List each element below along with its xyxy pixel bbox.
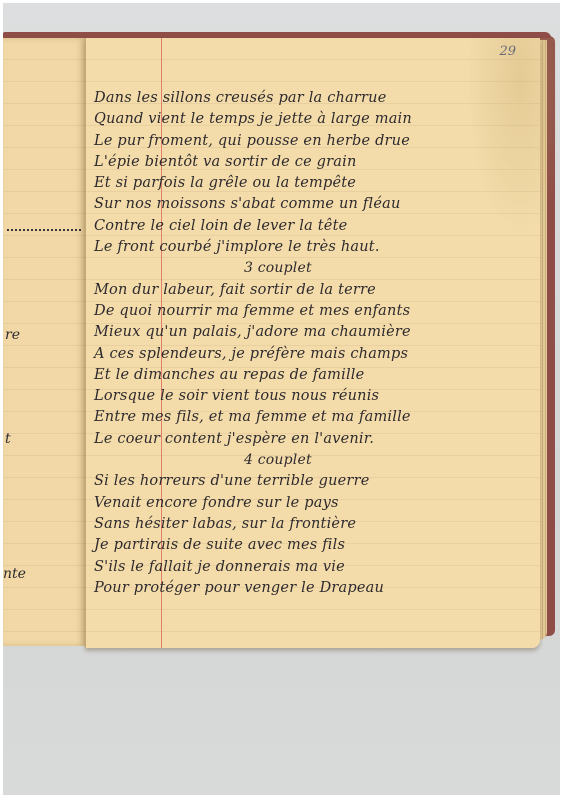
poem-text: Dans les sillons creusés par la charrue … — [94, 88, 534, 599]
dotted-rule — [7, 229, 81, 233]
poem-line: Le pur froment, qui pousse en herbe drue — [94, 131, 534, 152]
poem-line: L'épie bientôt va sortir de ce grain — [94, 152, 534, 173]
left-page-fragment: t — [5, 431, 11, 447]
poem-line: Sans hésiter labas, sur la frontière — [94, 514, 534, 535]
poem-line: Dans les sillons creusés par la charrue — [94, 88, 534, 109]
poem-line: Si les horreurs d'une terrible guerre — [94, 471, 534, 492]
poem-line: Le coeur content j'espère en l'avenir. — [94, 429, 534, 450]
poem-line: Sur nos moissons s'abat comme un fléau — [94, 194, 534, 215]
page-number: 29 — [499, 44, 516, 59]
poem-line: Quand vient le temps je jette à large ma… — [94, 109, 534, 130]
poem-line: Mon dur labeur, fait sortir de la terre — [94, 280, 534, 301]
poem-line: Contre le ciel loin de lever la tête — [94, 216, 534, 237]
poem-line: Venait encore fondre sur le pays — [94, 493, 534, 514]
poem-line: Entre mes fils, et ma femme et ma famill… — [94, 407, 534, 428]
poem-line: A ces splendeurs, je préfère mais champs — [94, 344, 534, 365]
verse-heading: 3 couplet — [94, 258, 534, 279]
poem-line: De quoi nourrir ma femme et mes enfants — [94, 301, 534, 322]
poem-line: Lorsque le soir vient tous nous réunis — [94, 386, 534, 407]
poem-line: Je partirais de suite avec mes fils — [94, 535, 534, 556]
left-page-fragment: nte — [3, 566, 26, 582]
poem-line: Mieux qu'un palais, j'adore ma chaumière — [94, 322, 534, 343]
verse-heading: 4 couplet — [94, 450, 534, 471]
poem-line: Et le dimanches au repas de famille — [94, 365, 534, 386]
notebook: re t nte 29 Dans les sillons creusés par… — [3, 32, 555, 652]
poem-line: Le front courbé j'implore le très haut. — [94, 237, 534, 258]
right-page: 29 Dans les sillons creusés par la charr… — [85, 38, 540, 648]
poem-line: Pour protéger pour venger le Drapeau — [94, 578, 534, 599]
left-page: re t nte — [3, 38, 85, 646]
left-page-fragment: re — [5, 327, 20, 343]
poem-line: Et si parfois la grêle ou la tempête — [94, 173, 534, 194]
poem-line: S'ils le fallait je donnerais ma vie — [94, 557, 534, 578]
